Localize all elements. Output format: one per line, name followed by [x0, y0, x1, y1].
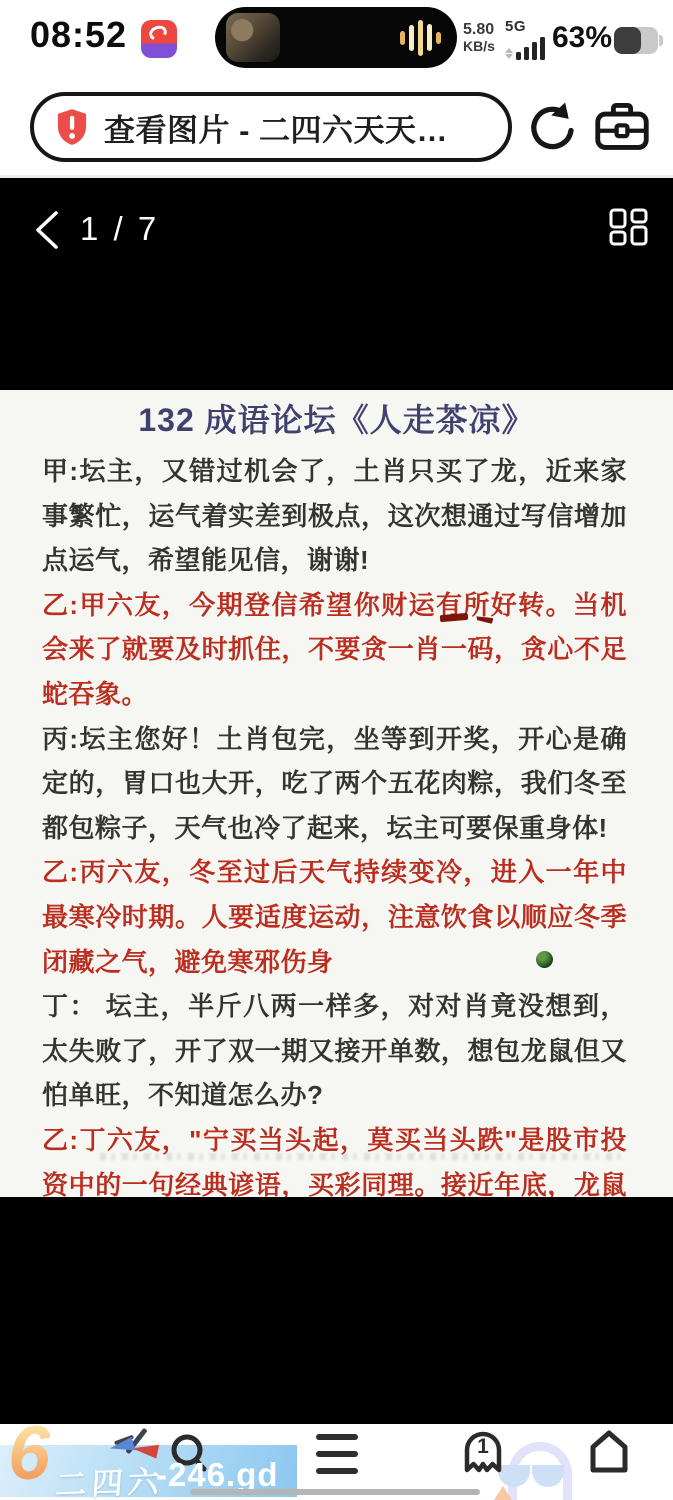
browser-bottom-bar: 1 6 二四六 -246.gd	[0, 1424, 673, 1500]
scroll-indicator	[190, 1489, 480, 1495]
paragraph-ding: 丁： 坛主，半斤八两一样多，对对肖竟没想到，太失败了，开了双一期又接开单数，想包…	[42, 984, 627, 1118]
clock: 08:52	[30, 14, 127, 56]
notification-app-icon	[141, 20, 177, 58]
network-type: 5G	[505, 18, 551, 35]
network-speed: 5.80 KB/s	[463, 21, 495, 55]
paragraph-jia: 甲:坛主，又错过机会了，土肖只买了龙，近来家事繁忙，运气着实差到极点，这次想通过…	[42, 449, 627, 583]
dynamic-island	[215, 7, 457, 68]
tabs-button[interactable]: 1	[459, 1428, 507, 1478]
menu-button[interactable]	[316, 1434, 358, 1474]
watermark-six: 6	[8, 1416, 50, 1492]
signal-bars-icon	[516, 37, 545, 60]
speed-unit: KB/s	[463, 38, 495, 55]
tab-count: 1	[459, 1435, 507, 1459]
signal-group: 5G	[505, 18, 551, 60]
security-warning-icon	[56, 108, 88, 146]
faint-text-artifact	[100, 1153, 625, 1160]
menu-bar	[316, 1451, 358, 1457]
address-bar[interactable]: 查看图片 - 二四六天天…	[30, 92, 512, 162]
phone-screen: 08:52 5.80 KB/s 5G 63%	[0, 0, 673, 1500]
image-viewer-header: 1 / 7	[0, 178, 673, 390]
article-body: 甲:坛主，又错过机会了，土肖只买了龙，近来家事繁忙，运气着实差到极点，这次想通过…	[0, 441, 673, 1197]
menu-bar	[316, 1468, 358, 1474]
page-title: 查看图片 - 二四六天天…	[104, 105, 448, 150]
battery-percent: 63%	[552, 21, 612, 55]
avatar	[226, 13, 280, 62]
status-bar: 08:52 5.80 KB/s 5G 63%	[0, 0, 673, 85]
article-title: 132 成语论坛《人走茶凉》	[0, 395, 673, 441]
image-viewer-letterbox	[0, 1197, 673, 1424]
speed-value: 5.80	[463, 21, 495, 38]
back-button[interactable]	[30, 208, 64, 252]
thumbnail-grid-button[interactable]	[609, 206, 649, 250]
app-glyph-icon	[147, 23, 169, 42]
green-dot-artifact	[536, 951, 553, 968]
mascot-illustration	[500, 1442, 592, 1500]
toolbox-button[interactable]	[594, 99, 650, 155]
data-arrows-icon	[505, 48, 513, 60]
home-button[interactable]	[586, 1428, 632, 1476]
image-counter: 1 / 7	[80, 210, 159, 248]
refresh-button[interactable]	[522, 99, 578, 155]
audio-waveform-icon	[400, 7, 441, 68]
menu-bar	[316, 1434, 358, 1440]
battery-icon	[614, 27, 658, 54]
paragraph-yi-1: 乙:甲六友，今期登信希望你财运有所好转。当机会来了就要及时抓住，不要贪一肖一码，…	[42, 583, 627, 717]
paragraph-bing: 丙:坛主您好！土肖包完，坐等到开奖，开心是确定的，胃口也大开，吃了两个五花肉粽，…	[42, 717, 627, 851]
browser-chrome: 查看图片 - 二四六天天…	[0, 85, 673, 178]
viewed-image: 132 成语论坛《人走茶凉》 甲:坛主，又错过机会了，土肖只买了龙，近来家事繁忙…	[0, 390, 673, 1197]
battery-nub	[659, 35, 663, 46]
watermark-site-name: 二四六	[54, 1456, 165, 1500]
